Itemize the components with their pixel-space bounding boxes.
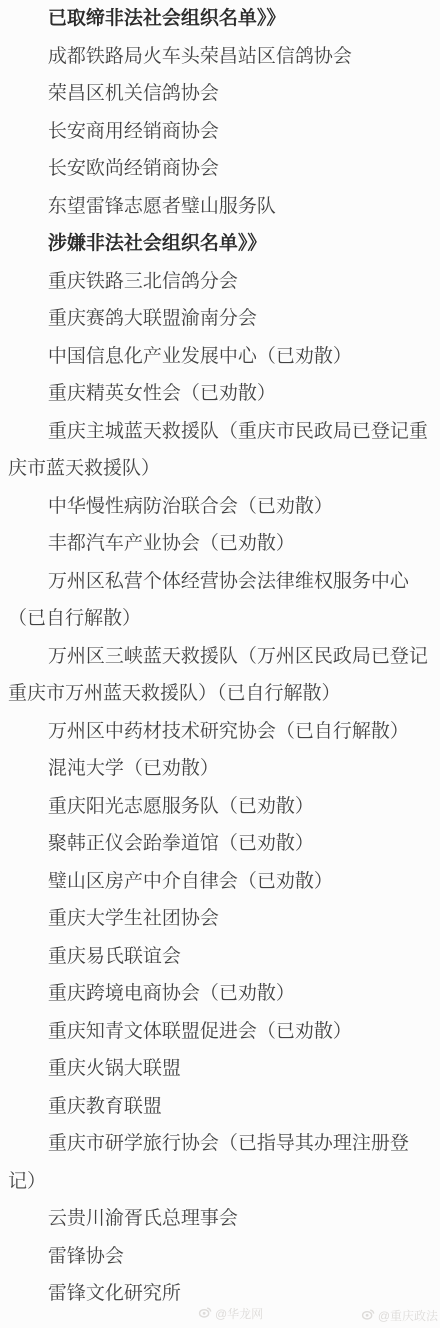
list-item: 重庆市研学旅行协会（已指导其办理注册登记） [8, 1125, 432, 1200]
list-item: 聚韩正仪会跆拳道馆（已劝散） [8, 825, 432, 863]
list-item: 万州区三峡蓝天救援队（万州区民政局已登记重庆市万州蓝天救援队）（已自行解散） [8, 638, 432, 713]
list-item: 重庆知青文体联盟促进会（已劝散） [8, 1013, 432, 1051]
list-item: 重庆教育联盟 [8, 1088, 432, 1126]
list-item: 中华慢性病防治联合会（已劝散） [8, 488, 432, 526]
list-item: 万州区私营个体经营协会法律维权服务中心（已自行解散） [8, 563, 432, 638]
list-item: 丰都汽车产业协会（已劝散） [8, 525, 432, 563]
list-item: 重庆易氏联谊会 [8, 938, 432, 976]
section-list: 已取缔非法社会组织名单》》成都铁路局火车头荣昌站区信鸽协会荣昌区机关信鸽协会长安… [8, 0, 432, 1313]
document-body: 已取缔非法社会组织名单》》成都铁路局火车头荣昌站区信鸽协会荣昌区机关信鸽协会长安… [0, 0, 440, 1313]
list-item: 云贵川渝胥氏总理事会 [8, 1200, 432, 1238]
list-item: 东望雷锋志愿者璧山服务队 [8, 188, 432, 226]
list-item: 万州区中药材技术研究协会（已自行解散） [8, 713, 432, 751]
list-item: 重庆阳光志愿服务队（已劝散） [8, 788, 432, 826]
list-item: 重庆铁路三北信鸽分会 [8, 263, 432, 301]
section-heading: 涉嫌非法社会组织名单》》 [8, 225, 432, 263]
list-item: 重庆跨境电商协会（已劝散） [8, 975, 432, 1013]
list-item: 重庆大学生社团协会 [8, 900, 432, 938]
list-item: 荣昌区机关信鸽协会 [8, 75, 432, 113]
list-item: 重庆火锅大联盟 [8, 1050, 432, 1088]
list-item: 中国信息化产业发展中心（已劝散） [8, 338, 432, 376]
list-item: 成都铁路局火车头荣昌站区信鸽协会 [8, 38, 432, 76]
list-item: 重庆赛鸽大联盟渝南分会 [8, 300, 432, 338]
list-item: 重庆精英女性会（已劝散） [8, 375, 432, 413]
section-heading: 已取缔非法社会组织名单》》 [8, 0, 432, 38]
list-item: 长安商用经销商协会 [8, 113, 432, 151]
list-item: 雷锋协会 [8, 1238, 432, 1276]
list-item: 长安欧尚经销商协会 [8, 150, 432, 188]
list-item: 重庆主城蓝天救援队（重庆市民政局已登记重庆市蓝天救援队） [8, 413, 432, 488]
list-item: 璧山区房产中介自律会（已劝散） [8, 863, 432, 901]
list-item: 混沌大学（已劝散） [8, 750, 432, 788]
list-item: 雷锋文化研究所 [8, 1275, 432, 1313]
